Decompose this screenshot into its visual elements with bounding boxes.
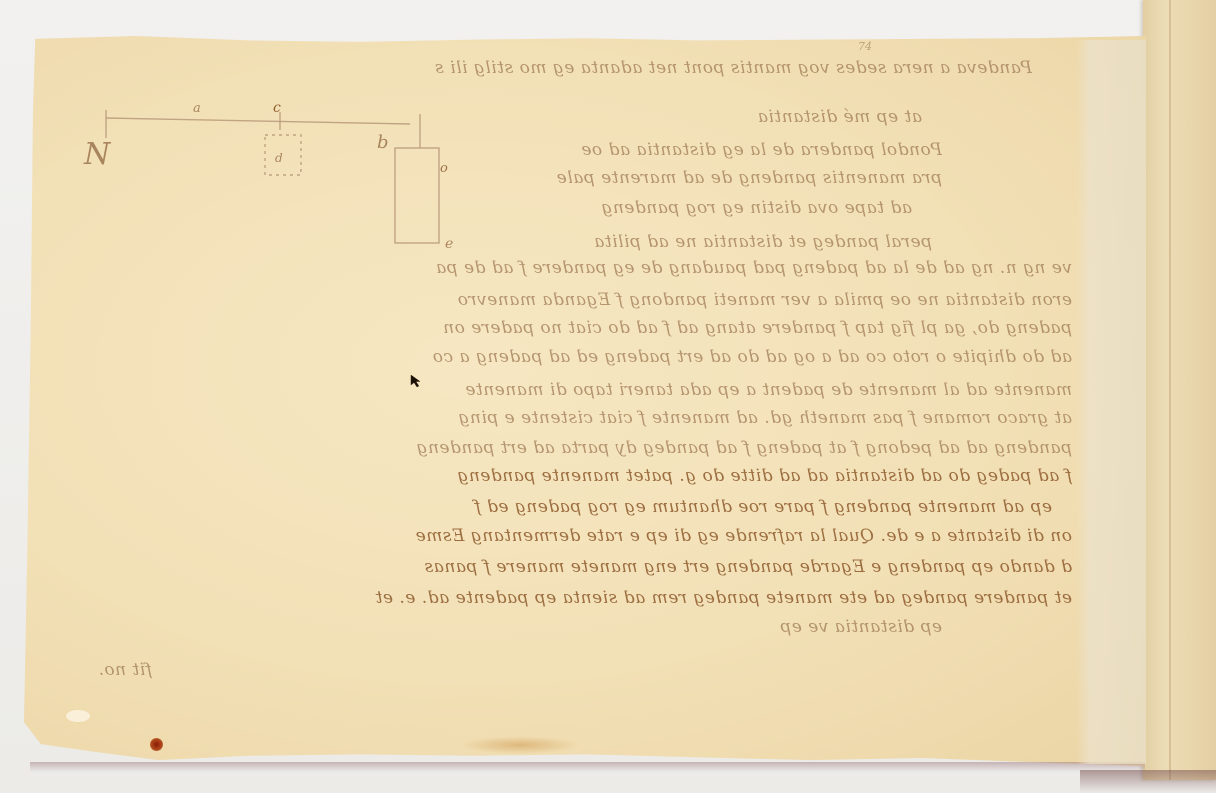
lever-diagram-drawing: N a c d b o e xyxy=(70,90,470,250)
manuscript-line: manente ad al manente de padent a ep ada… xyxy=(62,380,1072,400)
folio-number: 74 xyxy=(858,40,872,53)
manuscript-line: pandeng ad ad pedong f at padeng f ad pa… xyxy=(62,438,1072,458)
manuscript-line: f ad padeg do ad distantia ad ad ditte d… xyxy=(62,466,1072,486)
label-N: N xyxy=(83,137,112,172)
manuscript-line: fit no. xyxy=(52,660,152,680)
foxing-stain xyxy=(460,736,580,754)
fold-crease xyxy=(1169,0,1171,780)
manuscript-line: at ep mé distantia xyxy=(642,107,922,127)
manuscript-line: at graco romane f pas maneth gd. ad mane… xyxy=(62,408,1072,428)
paper-overlap-band xyxy=(1076,40,1146,764)
svg-text:a: a xyxy=(193,101,201,116)
ink-stain xyxy=(150,738,163,751)
folded-mount-strip xyxy=(1143,0,1216,780)
manuscript-line: padeng do, ga pl fig tap f pandere atang… xyxy=(62,318,1072,338)
manuscript-line: et pandere pandeg ad ete manete pandeg r… xyxy=(62,588,1072,608)
paper-glare xyxy=(66,710,90,722)
mouse-cursor-icon xyxy=(410,374,422,388)
svg-text:b: b xyxy=(377,132,389,153)
sheet-shadow xyxy=(30,762,1145,772)
lever-diagram: N a c d b o e xyxy=(70,90,470,250)
manuscript-line: Pandeva a nera sedes vog mantis pont net… xyxy=(32,58,1032,78)
svg-text:d: d xyxy=(275,151,283,165)
fold-shadow xyxy=(1080,770,1216,793)
manuscript-line: ve ng n. ng ad de la ad padeng pad pauda… xyxy=(62,258,1072,278)
svg-text:c: c xyxy=(273,100,281,116)
manuscript-line: eron distantia ne oe pmila a ver maneti … xyxy=(62,290,1072,310)
manuscript-line: ep distantia ve ep xyxy=(682,617,942,637)
manuscript-line: peral pandeg et distantia ne ad pilita xyxy=(492,232,932,252)
manuscript-line: ad do dhipite o roto co ad a og ad do ad… xyxy=(62,347,1072,367)
svg-text:o: o xyxy=(440,161,448,176)
svg-text:e: e xyxy=(445,236,453,250)
manuscript-line: Pondol pandera de la eg distantia ad oe xyxy=(512,140,942,160)
manuscript-line: on di distante a e de. Qual la rafrende … xyxy=(62,526,1072,546)
manuscript-line: pra manentis pandeng de ad marente pale xyxy=(512,168,942,188)
manuscript-line: ep ad manente pandeng f pare roe dhantum… xyxy=(62,497,1052,517)
manuscript-line: d dando ep pandeng e Egarde pandeng ert … xyxy=(62,557,1072,577)
manuscript-line: ad tape ova distin eg rog pandeng xyxy=(532,198,912,218)
